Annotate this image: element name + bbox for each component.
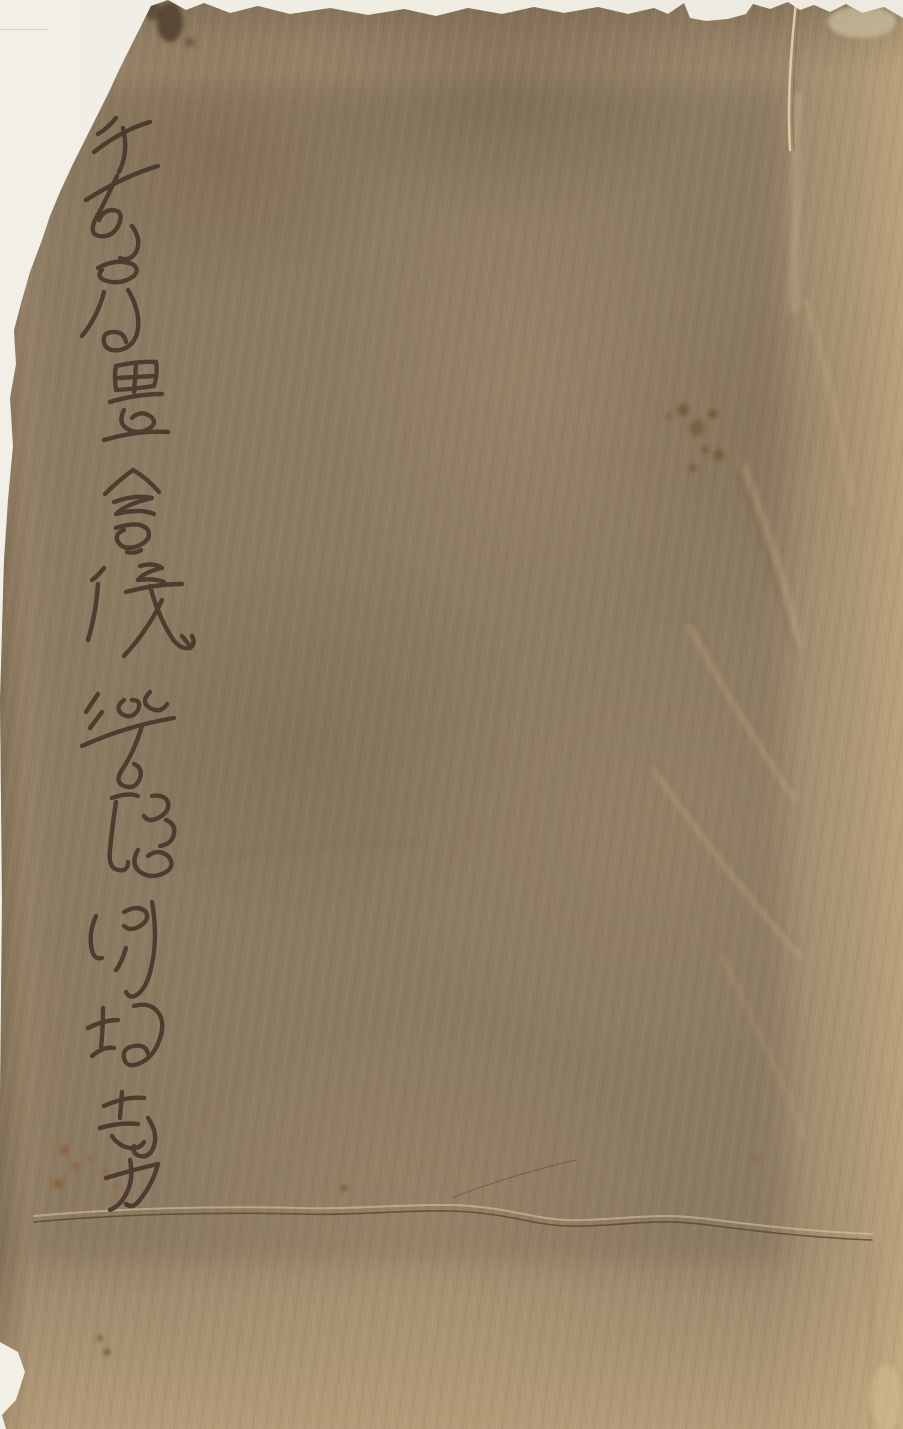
calligraphy-column: [82, 118, 194, 1210]
top-right-tear-patch: [828, 6, 896, 38]
calligraphy-char-7: [110, 794, 175, 876]
stain-spots: [53, 0, 902, 1429]
paper-creases: [186, 95, 872, 1428]
scanner-edge-artifact: [0, 29, 48, 30]
calligraphy-char-4: [105, 470, 159, 553]
scan-background: 慕尼黑會議後歐洲均勢: [0, 0, 903, 1429]
rust-spot: [60, 1146, 69, 1155]
calligraphy-char-5: [88, 564, 194, 656]
paper-cracks: [34, 2, 872, 1240]
calligraphy-char-8: [91, 902, 155, 997]
calligraphy-char-2: [82, 262, 138, 351]
calligraphy-char-1: [86, 118, 158, 259]
calligraphy-char-10: [100, 1092, 158, 1210]
calligraphy-char-6: [82, 692, 174, 787]
calligraphy-char-3: [104, 362, 168, 440]
calligraphy-char-9: [88, 1005, 162, 1065]
ink-stain: [677, 404, 689, 416]
manuscript-cover-paper: [0, 0, 903, 1429]
top-edge-smudge: [157, 2, 183, 42]
scan-detail-layer: [0, 0, 903, 1429]
